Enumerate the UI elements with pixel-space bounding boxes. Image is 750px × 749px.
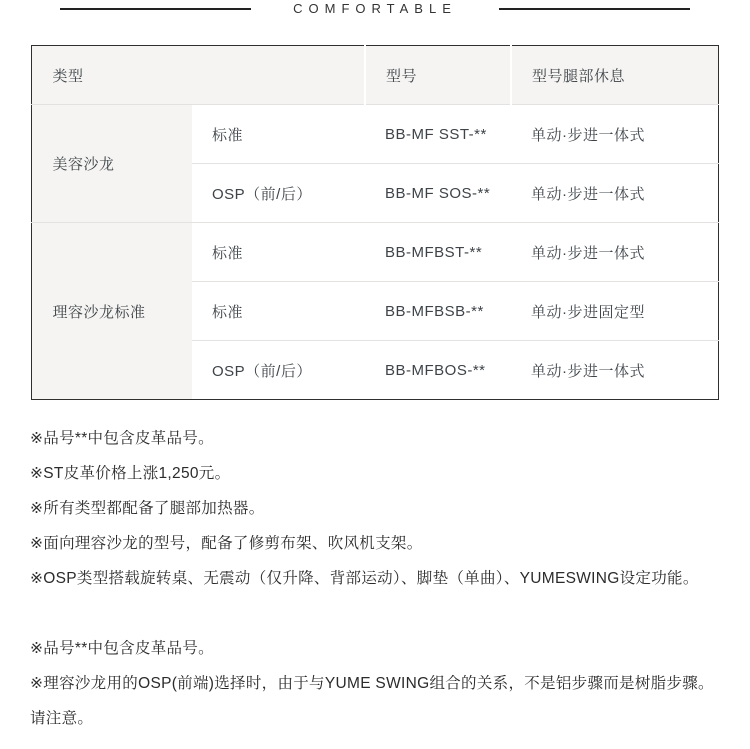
col-header-type: 类型: [32, 46, 365, 105]
model-cell: BB-MFBOS-**: [365, 341, 511, 400]
subtype-cell: OSP（前/后）: [192, 341, 365, 400]
category-cell: 理容沙龙标准: [32, 223, 192, 400]
banner-line-right: [499, 8, 690, 10]
legrest-cell: 单动·步进一体式: [511, 223, 718, 282]
col-header-legrest: 型号腿部休息: [511, 46, 718, 105]
model-cell: BB-MFBSB-**: [365, 282, 511, 341]
note-line: ※面向理容沙龙的型号，配备了修剪布架、吹风机支架。: [30, 526, 732, 561]
table-row: 理容沙龙标准 标准 BB-MFBST-** 单动·步进一体式: [32, 223, 718, 282]
note-line: ※理容沙龙用的OSP(前端)选择时，由于与YUME SWING组合的关系，不是铝…: [30, 666, 732, 701]
notes-block-2: ※品号**中包含皮革品号。 ※理容沙龙用的OSP(前端)选择时，由于与YUME …: [30, 631, 732, 736]
legrest-cell: 单动·步进一体式: [511, 341, 718, 400]
subtype-cell: 标准: [192, 105, 365, 164]
spec-table-header: 类型 型号 型号腿部休息: [32, 46, 718, 105]
note-line: ※品号**中包含皮革品号。: [30, 631, 732, 666]
subtype-cell: 标准: [192, 282, 365, 341]
spec-table: 类型 型号 型号腿部休息 美容沙龙 标准 BB-MF SST-** 单动·步进一…: [31, 45, 718, 400]
subtype-cell: 标准: [192, 223, 365, 282]
legrest-cell: 单动·步进一体式: [511, 105, 718, 164]
legrest-cell: 单动·步进固定型: [511, 282, 718, 341]
col-header-model: 型号: [365, 46, 511, 105]
notes-block-1: ※品号**中包含皮革品号。 ※ST皮革价格上涨1,250元。 ※所有类型都配备了…: [30, 421, 732, 596]
note-line: ※OSP类型搭载旋转桌、无震动（仅升降、背部运动）、脚垫（单曲）、YUMESWI…: [30, 561, 732, 596]
note-line: ※ST皮革价格上涨1,250元。: [30, 456, 732, 491]
section-banner: COMFORTABLE: [60, 0, 690, 17]
subtype-cell: OSP（前/后）: [192, 164, 365, 223]
note-line: 请注意。: [30, 701, 732, 736]
model-cell: BB-MFBST-**: [365, 223, 511, 282]
note-line: ※品号**中包含皮革品号。: [30, 421, 732, 456]
banner-line-left: [60, 8, 251, 10]
model-cell: BB-MF SOS-**: [365, 164, 511, 223]
legrest-cell: 单动·步进一体式: [511, 164, 718, 223]
model-cell: BB-MF SST-**: [365, 105, 511, 164]
table-row: 美容沙龙 标准 BB-MF SST-** 单动·步进一体式: [32, 105, 718, 164]
category-cell: 美容沙龙: [32, 105, 192, 223]
note-line: ※所有类型都配备了腿部加热器。: [30, 491, 732, 526]
banner-title: COMFORTABLE: [251, 0, 499, 17]
